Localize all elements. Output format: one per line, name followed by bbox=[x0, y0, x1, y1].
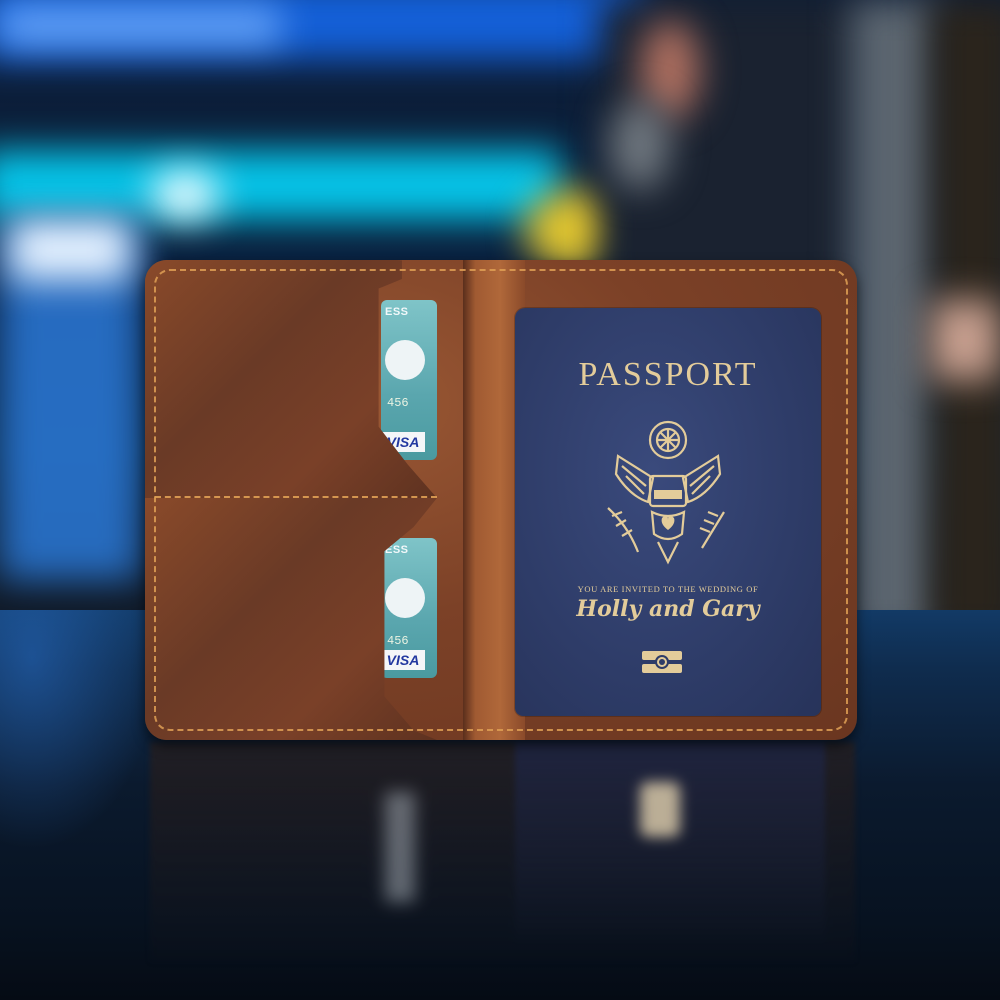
credit-card-top: ESS 456 VISA bbox=[381, 300, 437, 460]
pocket-stitching bbox=[155, 496, 437, 498]
card-globe-icon bbox=[385, 340, 425, 380]
card-number-text: 456 bbox=[387, 634, 409, 648]
passport-booklet: PASSPORT You are invited to the wedding … bbox=[515, 308, 821, 716]
card-brand-text: ESS bbox=[385, 306, 409, 318]
wedding-invitation-line: You are invited to the wedding of bbox=[515, 584, 821, 594]
card-number-text: 456 bbox=[387, 396, 409, 410]
wallet-reflection bbox=[150, 742, 855, 962]
card-globe-icon bbox=[385, 578, 425, 618]
leather-passport-wallet: ESS 456 VISA ESS 456 VISA PASSPORT bbox=[145, 260, 857, 740]
biometric-chip-icon bbox=[641, 650, 683, 674]
credit-card-bottom: ESS 456 VISA bbox=[381, 538, 437, 678]
passport-title: PASSPORT bbox=[515, 356, 821, 394]
great-seal-eagle-icon bbox=[598, 416, 738, 566]
cyan-sign-blur bbox=[0, 150, 560, 220]
card-pocket-panel: ESS 456 VISA ESS 456 VISA bbox=[145, 260, 465, 740]
visa-logo: VISA bbox=[381, 650, 425, 670]
pillar-blur bbox=[850, 0, 940, 640]
couple-names: Holly and Gary bbox=[515, 596, 821, 622]
